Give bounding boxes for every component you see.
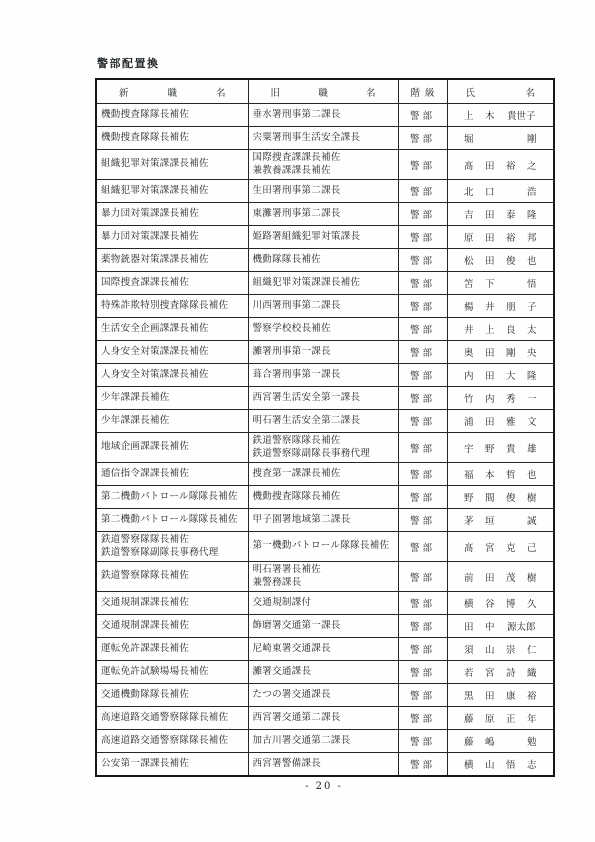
name-char: 一 [521, 391, 542, 405]
name-char: 口 [479, 184, 500, 198]
personnel-transfer-table: 新職名 旧職名 階級 氏名 機動捜査隊隊長補佐垂水署刑事第二課長警部上木貴世子機… [95, 78, 555, 777]
name-char: 貴世子 [500, 108, 542, 122]
table-row: 通信指令課課長補佐捜査第一課課長補佐警部福本哲也 [96, 463, 554, 486]
header-char: 氏 [466, 85, 476, 99]
rank-cell: 警部 [398, 180, 447, 203]
rank-cell: 警部 [398, 661, 447, 684]
new-position-cell-text: 国際捜査課課長補佐 [101, 277, 244, 290]
table-row: 交通規制課課長補佐交通規制課付警部横谷博久 [96, 592, 554, 615]
old-position-cell: 甲子園署地域第二課長 [248, 509, 398, 532]
new-position-cell: 交通規制課課長補佐 [96, 615, 248, 638]
new-position-cell: 公安第一課課長補佐 [96, 753, 248, 777]
new-position-cell: 生活安全企画課課長補佐 [96, 318, 248, 341]
name-cell: 堀剛 [447, 127, 554, 150]
name-char: 樹 [521, 490, 542, 504]
new-position-cell-text: 第二機動パトロール隊隊長補佐 [101, 514, 244, 527]
rank-cell: 警部 [398, 150, 447, 180]
name-cell: 髙田裕之 [447, 150, 554, 180]
rank-cell: 警部 [398, 318, 447, 341]
table-row: 暴力団対策課課長補佐姫路署組織犯罪対策課長警部原田裕邦 [96, 226, 554, 249]
old-position-cell: 組織犯罪対策課課長補佐 [248, 272, 398, 295]
new-position-cell-text: 通信指令課課長補佐 [101, 468, 244, 481]
name-cell: 笘下悟 [447, 272, 554, 295]
position-line: 交通機動隊隊長補佐 [101, 689, 244, 702]
rank-cell: 警部 [398, 562, 447, 592]
name-char: 内 [458, 368, 479, 382]
old-position-cell-text: 明石署署長補佐兼警務課長 [253, 564, 394, 589]
new-position-cell: 機動捜査隊隊長補佐 [96, 127, 248, 150]
table-row: 国際捜査課課長補佐組織犯罪対策課課長補佐警部笘下悟 [96, 272, 554, 295]
name-cell: 井上良太 [447, 318, 554, 341]
new-position-cell-text: 薬物銃器対策課課長補佐 [101, 254, 244, 267]
name-cell: 原田裕邦 [447, 226, 554, 249]
new-position-cell: 運転免許試験場場長補佐 [96, 661, 248, 684]
position-line: 機動隊隊長補佐 [253, 254, 394, 267]
new-position-cell: 国際捜査課課長補佐 [96, 272, 248, 295]
name-char: 詩 [500, 665, 521, 679]
name-cell: 前田茂樹 [447, 562, 554, 592]
name-char: 藤 [458, 734, 479, 748]
position-line: 捜査第一課課長補佐 [253, 468, 394, 481]
header-char: 級 [425, 85, 435, 99]
person-name: 藤原正年 [458, 711, 542, 725]
person-name: 須山崇仁 [458, 642, 542, 656]
new-position-cell-text: 特殊詐欺特別捜査隊隊長補佐 [101, 300, 244, 313]
name-cell: 北口浩 [447, 180, 554, 203]
old-position-cell: 飾磨署交通第一課長 [248, 615, 398, 638]
person-name: 福本哲也 [458, 467, 542, 481]
position-line: 鉄道警察隊隊長補佐 [101, 570, 244, 583]
position-line: 運転免許課課長補佐 [101, 643, 244, 656]
name-cell: 田中源太郎 [447, 615, 554, 638]
position-line: 機動捜査隊隊長補佐 [253, 491, 394, 504]
old-position-cell-text: 加古川署交通第二課長 [253, 735, 394, 748]
header-char: 名 [366, 85, 376, 99]
new-position-cell: 組織犯罪対策課課長補佐 [96, 150, 248, 180]
new-position-cell: 第二機動パトロール隊隊長補佐 [96, 486, 248, 509]
new-position-cell: 第二機動パトロール隊隊長補佐 [96, 509, 248, 532]
name-char: 隆 [521, 368, 542, 382]
old-position-cell-text: 葺合署刑事第一課長 [253, 369, 394, 382]
header-char: 新 [119, 85, 129, 99]
position-line: 東灘署刑事第二課長 [253, 208, 394, 221]
name-char: 上 [479, 322, 500, 336]
old-position-cell: 機動隊隊長補佐 [248, 249, 398, 272]
new-position-cell: 組織犯罪対策課課長補佐 [96, 180, 248, 203]
rank-cell: 警部 [398, 127, 447, 150]
table-row: 高速道路交通警察隊隊長補佐加古川署交通第二課長警部藤嶋勉 [96, 730, 554, 753]
name-cell: 茅垣誠 [447, 509, 554, 532]
position-line: 暴力団対策課課長補佐 [101, 208, 244, 221]
old-position-cell: 川西署刑事第二課長 [248, 295, 398, 318]
name-char: 年 [521, 711, 542, 725]
person-name: 楊井朋子 [458, 299, 542, 313]
name-cell: 髙宮克己 [447, 532, 554, 562]
name-cell: 若宮詩織 [447, 661, 554, 684]
name-char: 宇 [458, 441, 479, 455]
person-name: 宇野貴雄 [458, 441, 542, 455]
name-char: 竹 [458, 391, 479, 405]
name-char: 田 [479, 253, 500, 267]
new-position-cell-text: 地域企画課課長補佐 [101, 441, 244, 454]
name-cell: 藤原正年 [447, 707, 554, 730]
name-char: 志 [521, 757, 542, 771]
old-position-cell: 交通規制課付 [248, 592, 398, 615]
new-position-cell-text: 交通規制課課長補佐 [101, 597, 244, 610]
name-char: 太 [521, 322, 542, 336]
name-cell: 黒田康裕 [447, 684, 554, 707]
old-position-cell-text: 宍粟署刑事生活安全課長 [253, 132, 394, 145]
old-position-cell-text: 垂水署刑事第二課長 [253, 109, 394, 122]
name-char: 楊 [458, 299, 479, 313]
position-line: 公安第一課課長補佐 [101, 758, 244, 771]
person-name: 井上良太 [458, 322, 542, 336]
person-name: 原田裕邦 [458, 230, 542, 244]
person-name: 髙宮克己 [458, 540, 542, 554]
new-position-cell: 少年課課長補佐 [96, 387, 248, 410]
name-char: 秀 [500, 391, 521, 405]
rank-cell: 警部 [398, 249, 447, 272]
position-line: 組織犯罪対策課課長補佐 [253, 277, 394, 290]
name-char: 裕 [500, 158, 521, 172]
name-char: 堀 [458, 131, 479, 145]
name-char: 隆 [521, 207, 542, 221]
name-char: 田 [458, 619, 479, 633]
table-row: 組織犯罪対策課課長補佐生田署刑事第二課長警部北口浩 [96, 180, 554, 203]
name-char: 正 [500, 711, 521, 725]
old-position-cell: たつの署交通課長 [248, 684, 398, 707]
position-line: 特殊詐欺特別捜査隊隊長補佐 [101, 300, 244, 313]
table-row: 特殊詐欺特別捜査隊隊長補佐川西署刑事第二課長警部楊井朋子 [96, 295, 554, 318]
name-cell: 横山悟志 [447, 753, 554, 777]
name-char: 若 [458, 665, 479, 679]
table-row: 運転免許試験場場長補佐灘署交通課長警部若宮詩織 [96, 661, 554, 684]
name-char: 横 [458, 596, 479, 610]
person-name: 茅垣誠 [458, 513, 542, 527]
name-cell: 吉田泰隆 [447, 203, 554, 226]
table-row: 少年課課長補佐西宮署生活安全第一課長警部竹内秀一 [96, 387, 554, 410]
name-char: 茂 [500, 570, 521, 584]
name-char: 良 [500, 322, 521, 336]
name-cell: 楊井朋子 [447, 295, 554, 318]
old-position-cell: 捜査第一課課長補佐 [248, 463, 398, 486]
header-char: 名 [216, 85, 226, 99]
position-line: 姫路署組織犯罪対策課長 [253, 231, 394, 244]
rank-cell: 警部 [398, 203, 447, 226]
person-name: 堀剛 [458, 131, 542, 145]
name-char: 剛 [500, 345, 521, 359]
name-char: 田 [479, 368, 500, 382]
name-char: 垣 [479, 513, 500, 527]
name-char: 裕 [521, 688, 542, 702]
name-char: 泰 [500, 207, 521, 221]
rank-cell: 警部 [398, 707, 447, 730]
new-position-cell: 暴力団対策課課長補佐 [96, 203, 248, 226]
table-row: 生活安全企画課課長補佐警察学校校長補佐警部井上良太 [96, 318, 554, 341]
rank-cell: 警部 [398, 684, 447, 707]
new-position-cell: 人身安全対策課課長補佐 [96, 341, 248, 364]
person-name: 若宮詩織 [458, 665, 542, 679]
old-position-cell-text: 交通規制課付 [253, 597, 394, 610]
rank-cell: 警部 [398, 592, 447, 615]
position-line: 西宮署生活安全第一課長 [253, 392, 394, 405]
name-char: 松 [458, 253, 479, 267]
header-old-position: 旧職名 [248, 79, 398, 104]
rank-cell: 警部 [398, 433, 447, 463]
old-position-cell: 国際捜査課課長補佐兼教養課課長補佐 [248, 150, 398, 180]
position-line: 人身安全対策課課長補佐 [101, 369, 244, 382]
name-char: 吉 [458, 207, 479, 221]
name-char: 哲 [500, 467, 521, 481]
table-row: 機動捜査隊隊長補佐宍粟署刑事生活安全課長警部堀剛 [96, 127, 554, 150]
person-name: 野間俊樹 [458, 490, 542, 504]
old-position-cell: 加古川署交通第二課長 [248, 730, 398, 753]
old-position-cell: 灘署交通課長 [248, 661, 398, 684]
name-char: 雅 [500, 414, 521, 428]
person-name: 北口浩 [458, 184, 542, 198]
new-position-cell-text: 暴力団対策課課長補佐 [101, 208, 244, 221]
name-char: 上 [458, 108, 479, 122]
name-char: 髙 [458, 158, 479, 172]
table-row: 高速道路交通警察隊隊長補佐西宮署交通第二課長警部藤原正年 [96, 707, 554, 730]
header-char: 旧 [271, 85, 281, 99]
rank-cell: 警部 [398, 104, 447, 127]
name-char: 井 [458, 322, 479, 336]
name-char: 木 [479, 108, 500, 122]
name-char: 前 [458, 570, 479, 584]
rank-cell: 警部 [398, 509, 447, 532]
name-char: 須 [458, 642, 479, 656]
name-char: 下 [479, 276, 500, 290]
old-position-cell-text: 尼崎東署交通課長 [253, 643, 394, 656]
header-char: 職 [318, 85, 328, 99]
old-position-cell-text: 飾磨署交通第一課長 [253, 620, 394, 633]
position-line: 加古川署交通第二課長 [253, 735, 394, 748]
table-row: 暴力団対策課課長補佐東灘署刑事第二課長警部吉田泰隆 [96, 203, 554, 226]
position-line: 運転免許試験場場長補佐 [101, 666, 244, 679]
old-position-cell-text: 生田署刑事第二課長 [253, 185, 394, 198]
position-line: 組織犯罪対策課課長補佐 [101, 158, 244, 171]
person-name: 黒田康裕 [458, 688, 542, 702]
new-position-cell-text: 高速道路交通警察隊隊長補佐 [101, 712, 244, 725]
name-char: 俊 [500, 490, 521, 504]
old-position-cell-text: 川西署刑事第二課長 [253, 300, 394, 313]
name-char: 藤 [458, 711, 479, 725]
person-name: 笘下悟 [458, 276, 542, 290]
name-char: 田 [479, 414, 500, 428]
name-char: 浦 [458, 414, 479, 428]
position-line: 明石署生活安全第二課長 [253, 415, 394, 428]
table-row: 地域企画課課長補佐鉄道警察隊隊長補佐鉄道警察隊副隊長事務代理警部宇野貴雄 [96, 433, 554, 463]
rank-cell: 警部 [398, 295, 447, 318]
new-position-cell-text: 機動捜査隊隊長補佐 [101, 109, 244, 122]
name-char: 福 [458, 467, 479, 481]
table-row: 第二機動パトロール隊隊長補佐機動捜査隊隊長補佐警部野間俊樹 [96, 486, 554, 509]
position-line: 生田署刑事第二課長 [253, 185, 394, 198]
table-row: 人身安全対策課課長補佐灘署刑事第一課長警部奥田剛央 [96, 341, 554, 364]
table-row: 鉄道警察隊隊長補佐鉄道警察隊副隊長事務代理第一機動パトロール隊隊長補佐警部髙宮克… [96, 532, 554, 562]
name-char: 子 [521, 299, 542, 313]
name-char: 裕 [500, 230, 521, 244]
new-position-cell: 人身安全対策課課長補佐 [96, 364, 248, 387]
new-position-cell-text: 鉄道警察隊隊長補佐鉄道警察隊副隊長事務代理 [101, 534, 244, 559]
new-position-cell: 機動捜査隊隊長補佐 [96, 104, 248, 127]
position-line: 人身安全対策課課長補佐 [101, 346, 244, 359]
old-position-cell-text: 東灘署刑事第二課長 [253, 208, 394, 221]
new-position-cell: 少年課課長補佐 [96, 410, 248, 433]
table-row: 組織犯罪対策課課長補佐国際捜査課課長補佐兼教養課課長補佐警部髙田裕之 [96, 150, 554, 180]
new-position-cell-text: 組織犯罪対策課課長補佐 [101, 158, 244, 171]
old-position-cell: 灘署刑事第一課長 [248, 341, 398, 364]
table-row: 人身安全対策課課長補佐葺合署刑事第一課長警部内田大隆 [96, 364, 554, 387]
old-position-cell: 宍粟署刑事生活安全課長 [248, 127, 398, 150]
name-char: 原 [458, 230, 479, 244]
name-char: 山 [479, 757, 500, 771]
table-row: 公安第一課課長補佐西宮署警備課長警部横山悟志 [96, 753, 554, 777]
name-char: 崇 [500, 642, 521, 656]
header-char: 名 [525, 85, 535, 99]
rank-cell: 警部 [398, 226, 447, 249]
header-name: 氏名 [447, 79, 554, 104]
name-char: 源太郎 [500, 619, 542, 633]
name-char: 田 [479, 570, 500, 584]
position-line: 少年課課長補佐 [101, 415, 244, 428]
name-char: 内 [479, 391, 500, 405]
old-position-cell: 東灘署刑事第二課長 [248, 203, 398, 226]
person-name: 田中源太郎 [458, 619, 542, 633]
name-char: 邦 [521, 230, 542, 244]
position-line: 第二機動パトロール隊隊長補佐 [101, 491, 244, 504]
new-position-cell-text: 運転免許課課長補佐 [101, 643, 244, 656]
position-line: 薬物銃器対策課課長補佐 [101, 254, 244, 267]
rank-cell: 警部 [398, 638, 447, 661]
name-char: 田 [479, 230, 500, 244]
old-position-cell-text: 捜査第一課課長補佐 [253, 468, 394, 481]
position-line: 第二機動パトロール隊隊長補佐 [101, 514, 244, 527]
name-char: 大 [500, 368, 521, 382]
rank-cell: 警部 [398, 486, 447, 509]
position-line: 灘署交通課長 [253, 666, 394, 679]
position-line: 通信指令課課長補佐 [101, 468, 244, 481]
new-position-cell-text: 人身安全対策課課長補佐 [101, 369, 244, 382]
rank-cell: 警部 [398, 410, 447, 433]
name-char: 織 [521, 665, 542, 679]
name-char: 仁 [521, 642, 542, 656]
new-position-cell-text: 公安第一課課長補佐 [101, 758, 244, 771]
position-line: 西宮署交通第二課長 [253, 712, 394, 725]
person-name: 藤嶋勉 [458, 734, 542, 748]
table-row: 交通機動隊隊長補佐たつの署交通課長警部黒田康裕 [96, 684, 554, 707]
new-position-cell: 鉄道警察隊隊長補佐 [96, 562, 248, 592]
new-position-cell: 地域企画課課長補佐 [96, 433, 248, 463]
rank-cell: 警部 [398, 463, 447, 486]
name-char: 勉 [521, 734, 542, 748]
old-position-cell: 垂水署刑事第二課長 [248, 104, 398, 127]
table-row: 鉄道警察隊隊長補佐明石署署長補佐兼警務課長警部前田茂樹 [96, 562, 554, 592]
old-position-cell: 姫路署組織犯罪対策課長 [248, 226, 398, 249]
table-row: 薬物銃器対策課課長補佐機動隊隊長補佐警部松田俊也 [96, 249, 554, 272]
document-page: 警部配置換 新職名 旧職名 階級 氏名 [0, 0, 595, 842]
position-line: 灘署刑事第一課長 [253, 346, 394, 359]
position-line: たつの署交通課長 [253, 689, 394, 702]
name-char: 悟 [500, 757, 521, 771]
position-line: 機動捜査隊隊長補佐 [101, 109, 244, 122]
name-char: 髙 [458, 540, 479, 554]
position-line: 葺合署刑事第一課長 [253, 369, 394, 382]
name-char: 誠 [521, 513, 542, 527]
rank-cell: 警部 [398, 272, 447, 295]
position-line: 第一機動パトロール隊隊長補佐 [253, 540, 394, 553]
old-position-cell-text: 西宮署生活安全第一課長 [253, 392, 394, 405]
person-name: 奥田剛央 [458, 345, 542, 359]
name-char: 笘 [458, 276, 479, 290]
name-char: 北 [458, 184, 479, 198]
name-cell: 浦田雅文 [447, 410, 554, 433]
table-row: 少年課課長補佐明石署生活安全第二課長警部浦田雅文 [96, 410, 554, 433]
old-position-cell: 明石署署長補佐兼警務課長 [248, 562, 398, 592]
old-position-cell-text: 鉄道警察隊隊長補佐鉄道警察隊副隊長事務代理 [253, 435, 394, 460]
table-row: 運転免許課課長補佐尼崎東署交通課長警部須山崇仁 [96, 638, 554, 661]
person-name: 横山悟志 [458, 757, 542, 771]
new-position-cell-text: 運転免許試験場場長補佐 [101, 666, 244, 679]
new-position-cell-text: 機動捜査隊隊長補佐 [101, 132, 244, 145]
new-position-cell-text: 生活安全企画課課長補佐 [101, 323, 244, 336]
old-position-cell: 機動捜査隊隊長補佐 [248, 486, 398, 509]
person-name: 浦田雅文 [458, 414, 542, 428]
name-char: 横 [458, 757, 479, 771]
name-char: 宮 [479, 665, 500, 679]
rank-cell: 警部 [398, 730, 447, 753]
header-char: 階 [411, 85, 421, 99]
old-position-cell-text: 西宮署交通第二課長 [253, 712, 394, 725]
old-position-cell: 第一機動パトロール隊隊長補佐 [248, 532, 398, 562]
name-char: 文 [521, 414, 542, 428]
position-line: 飾磨署交通第一課長 [253, 620, 394, 633]
new-position-cell: 交通規制課課長補佐 [96, 592, 248, 615]
old-position-cell-text: 機動捜査隊隊長補佐 [253, 491, 394, 504]
rank-cell: 警部 [398, 341, 447, 364]
name-char: 克 [500, 540, 521, 554]
position-line: 機動捜査隊隊長補佐 [101, 132, 244, 145]
new-position-cell: 運転免許課課長補佐 [96, 638, 248, 661]
new-position-cell-text: 第二機動パトロール隊隊長補佐 [101, 491, 244, 504]
name-char: 之 [521, 158, 542, 172]
name-char: 谷 [479, 596, 500, 610]
name-cell: 内田大隆 [447, 364, 554, 387]
new-position-cell: 交通機動隊隊長補佐 [96, 684, 248, 707]
header-char: 職 [167, 85, 177, 99]
name-char: 田 [479, 207, 500, 221]
new-position-cell: 通信指令課課長補佐 [96, 463, 248, 486]
name-char: 剛 [521, 131, 542, 145]
new-position-cell-text: 少年課課長補佐 [101, 415, 244, 428]
position-line: 少年課課長補佐 [101, 392, 244, 405]
name-char: 中 [479, 619, 500, 633]
name-char: 博 [500, 596, 521, 610]
person-name: 吉田泰隆 [458, 207, 542, 221]
name-char: 雄 [521, 441, 542, 455]
position-line: 交通規制課課長補佐 [101, 620, 244, 633]
name-cell: 藤嶋勉 [447, 730, 554, 753]
name-char: 井 [479, 299, 500, 313]
old-position-cell: 鉄道警察隊隊長補佐鉄道警察隊副隊長事務代理 [248, 433, 398, 463]
old-position-cell-text: 明石署生活安全第二課長 [253, 415, 394, 428]
name-cell: 宇野貴雄 [447, 433, 554, 463]
position-line: 警察学校校長補佐 [253, 323, 394, 336]
new-position-cell: 暴力団対策課課長補佐 [96, 226, 248, 249]
new-position-cell: 高速道路交通警察隊隊長補佐 [96, 730, 248, 753]
position-line: 交通規制課課長補佐 [101, 597, 244, 610]
